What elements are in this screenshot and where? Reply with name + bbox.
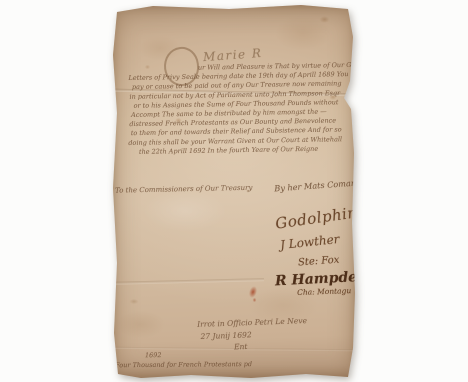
photo-background: O Marie R ur Will and Pleasure is That b… (0, 0, 468, 382)
warrant-body-text: ur Will and Pleasure is That by virtue o… (127, 61, 357, 157)
manuscript-sheet: O Marie R ur Will and Pleasure is That b… (111, 3, 357, 381)
signature: Cha: Montagu (297, 287, 351, 297)
signature: R Hampden (275, 269, 368, 290)
signature: Godolphin (274, 203, 358, 232)
by-command-note: By her Mats Comand (274, 178, 362, 194)
royal-sign-manual: Marie R (203, 46, 263, 64)
signature: J Lowther (279, 232, 340, 252)
enrollment-note: Irrot in Officio Petri Le Neve 27 Junij … (197, 315, 308, 354)
docket-line: Four Thousand for French Protestants pd (115, 360, 252, 371)
red-ink-stain-drip (252, 297, 257, 303)
aged-paper: O Marie R ur Will and Pleasure is That b… (111, 3, 357, 381)
signature: Ste: Fox (298, 255, 340, 269)
address-to-treasury: To the Commissioners of Our Treasury (115, 184, 253, 195)
foxing-spot (128, 298, 140, 305)
docket-note: 1692 Four Thousand for French Protestant… (115, 350, 252, 371)
foxing-spot (318, 15, 331, 24)
red-ink-stain (246, 283, 260, 301)
fold-crease-middle (111, 278, 264, 285)
